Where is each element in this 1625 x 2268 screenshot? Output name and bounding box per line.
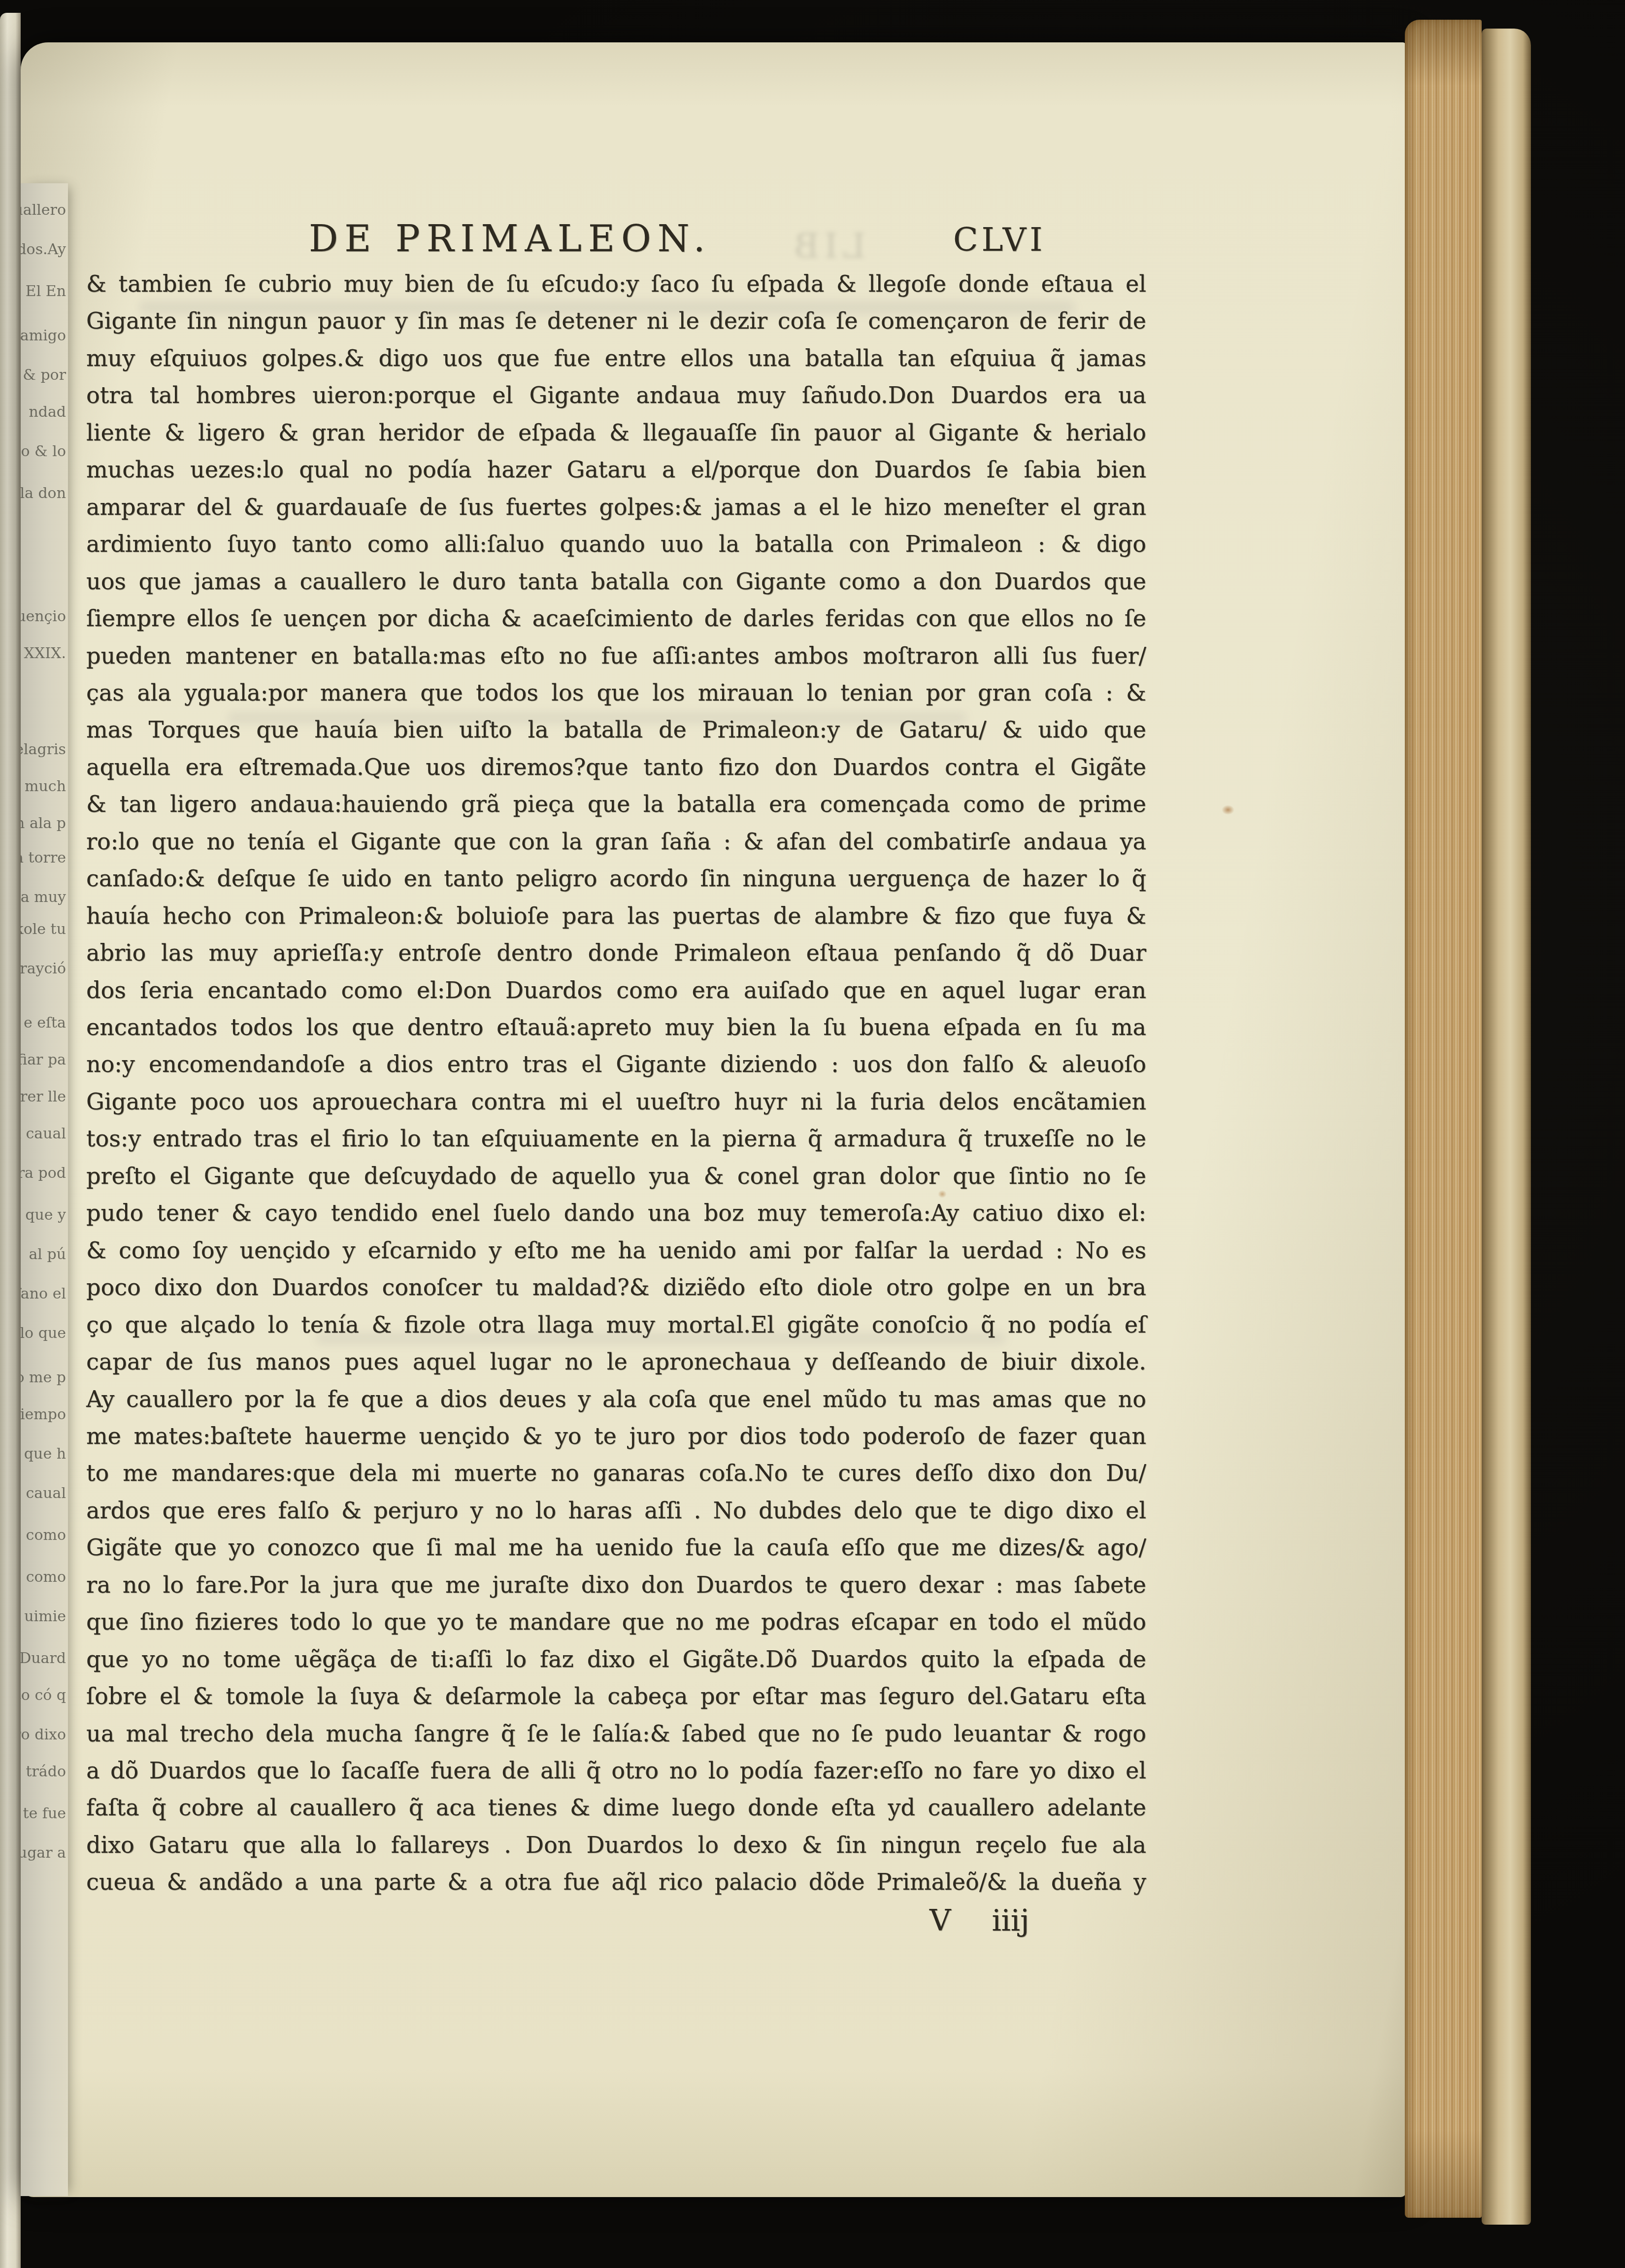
margin-fragment: o me p [21,1370,66,1385]
margin-fragment: dos.Ay [21,242,66,257]
text-line: abrio las muy aprieſſa:y entroſe dentro … [86,934,1146,971]
margin-fragment: & por [23,368,66,383]
margin-fragment: iempo [21,1407,66,1422]
text-line: ardos que eres falſo & perjuro y no lo h… [86,1492,1146,1529]
text-line: ço que alçado lo tenía & fizole otra lla… [86,1306,1146,1343]
margin-fragment: uimie [24,1609,66,1624]
margin-fragment: o que h [21,1447,66,1462]
margin-fragment: erer lle [21,1090,66,1104]
text-line: capar de ſus manos pues aquel lugar no l… [86,1343,1146,1380]
text-line: ra no lo fare.Por la jura que me juraſte… [86,1566,1146,1603]
text-line: pudo tener & cayo tendido enel ſuelo dan… [86,1194,1146,1232]
margin-fragment: lo que [21,1326,66,1341]
text-line: Ay cauallero por la fe que a dios deues … [86,1380,1146,1418]
margin-fragment: la don [21,486,66,501]
margin-fragment: ſafiar pa [21,1053,66,1067]
text-line: muchas uezes:lo qual no podía hazer Gata… [86,451,1146,488]
margin-fragment: ugar a [21,1846,66,1861]
margin-fragment: te fue [23,1806,66,1821]
text-line: mas Torques que hauía bien uiſto la bata… [86,711,1146,748]
margin-fragment: o que y [21,1208,66,1223]
right-cover-edge [1482,29,1531,2225]
left-cover-edge [0,13,21,2268]
book-fore-edge [1405,20,1482,2218]
text-line: muy eſquiuos golpes.& digo uos que fue e… [86,339,1146,377]
text-line: ſiempre ellos ſe uençen por dicha & acae… [86,600,1146,637]
text-line: Gigante ſin ningun pauor y ſin mas ſe de… [86,302,1146,339]
text-line: no:y encomendandoſe a dios entro tras el… [86,1045,1146,1083]
text-line: hauía hecho con Primaleon:& boluioſe par… [86,897,1146,934]
text-line: encantados todos los que dentro eſtauã:a… [86,1008,1146,1046]
margin-fragment: ſano el [21,1287,66,1301]
facing-page-sliver: uallerodos.AyEl Enamigo& porndado & lola… [21,183,68,2196]
foxing-spot [1222,805,1234,815]
margin-fragment: rá caual [21,1486,66,1501]
text-line: que ſino fizieres todo lo que yo te mand… [86,1603,1146,1640]
folio-number: CLVI [953,221,1046,259]
text-line: ardimiento ſuyo tanto como alli:ſaluo qu… [86,525,1146,563]
book-page: DE PRIMALEON. LIB CLVI & tambien ſe cubr… [21,42,1406,2197]
text-line: me mates:baſtete hauerme uençido & yo te… [86,1417,1146,1455]
text-line: canſado:& deſque ſe uido en tanto peligr… [86,860,1146,897]
text-line: ças ala yguala:por manera que todos los … [86,674,1146,711]
signature-mark: V iiij [929,1903,1029,1938]
text-line: uos que jamas a cauallero le duro tanta … [86,563,1146,600]
offset-ghost-text: LIB [789,226,866,266]
margin-fragment: rayció [21,962,66,976]
text-line: & como ſoy uençido y eſcarnido y eſto me… [86,1232,1146,1269]
text-line: otra tal hombres uieron:porque el Gigant… [86,376,1146,414]
text-line: ua mal trecho dela mucha ſangre q̃ ſe le… [86,1715,1146,1752]
running-title: DE PRIMALEON. [309,218,711,260]
margin-fragment: to có q [21,1688,66,1703]
margin-fragment: Duard [21,1651,66,1666]
text-line: ſobre el & tomole la ſuya & deſarmole la… [86,1677,1146,1715]
text-line: pueden mantener en batalla:mas eſto no f… [86,637,1146,674]
margin-fragment: on ala p [21,816,66,831]
text-line: to me mandares:que dela mi muerte no gan… [86,1454,1146,1492]
margin-fragment: XXIX. [24,646,66,661]
text-line: Gigãte que yo conozco que ſi mal me ha u… [86,1529,1146,1566]
photograph-backdrop: DE PRIMALEON. LIB CLVI & tambien ſe cubr… [0,0,1625,2268]
text-line: poco dixo don Duardos conoſcer tu maldad… [86,1268,1146,1306]
margin-fragment: como [26,1570,66,1585]
text-line: cueua & andãdo a una parte & a otra fue … [86,1863,1146,1901]
margin-fragment: el caual [21,1127,66,1141]
body-text: & tambien ſe cubrio muy bien de ſu eſcud… [86,265,1146,1905]
text-line: aquella era eſtremada.Que uos diremos?qu… [86,748,1146,786]
text-line: & tambien ſe cubrio muy bien de ſu eſcud… [86,265,1146,302]
text-line: & tan ligero andaua:hauiendo grã pieça q… [86,785,1146,823]
margin-fragment: a muy [21,890,66,905]
text-line: amparar del & guardauaſe de ſus fuertes … [86,488,1146,526]
margin-fragment: & como [21,1528,66,1543]
margin-fragment: iera pod [21,1166,66,1181]
margin-fragment: en much [21,779,66,794]
margin-fragment: la torre [21,851,66,866]
text-line: dos ſeria encantado como el:Don Duardos … [86,971,1146,1009]
text-line: ro:lo que no tenía el Gigante que con la… [86,823,1146,860]
text-line: que yo no tome uẽgãça de ti:aſſi lo faz … [86,1640,1146,1678]
text-line: preſto el Gigante que deſcuydado de aque… [86,1157,1146,1195]
text-line: tos:y entrado tras el firio lo tan eſqui… [86,1120,1146,1157]
margin-fragment: Belagris [21,742,66,757]
margin-fragment: uençio [21,609,66,624]
text-line: liente & ligero & gran heridor de eſpada… [86,414,1146,451]
margin-fragment: kole tu [21,922,66,937]
text-line: dixo Gataru que alla lo fallareys . Don … [86,1826,1146,1864]
margin-fragment: uallero [21,203,66,218]
margin-fragment: trádo [26,1765,66,1779]
margin-fragment: amigo [21,329,66,343]
text-line: faſta q̃ cobre al cauallero q̃ aca tiene… [86,1789,1146,1826]
margin-fragment: ndad [29,405,66,420]
margin-fragment: El En [26,284,66,299]
margin-fragment: ro dixo [21,1728,66,1742]
margin-fragment: o & lo [21,444,66,459]
text-line: Gigante poco uos aprouechara contra mi e… [86,1083,1146,1120]
margin-fragment: e eſta [24,1016,66,1031]
margin-fragment: al pú [29,1247,66,1262]
text-line: a dõ Duardos que lo ſacaſſe fuera de all… [86,1752,1146,1789]
